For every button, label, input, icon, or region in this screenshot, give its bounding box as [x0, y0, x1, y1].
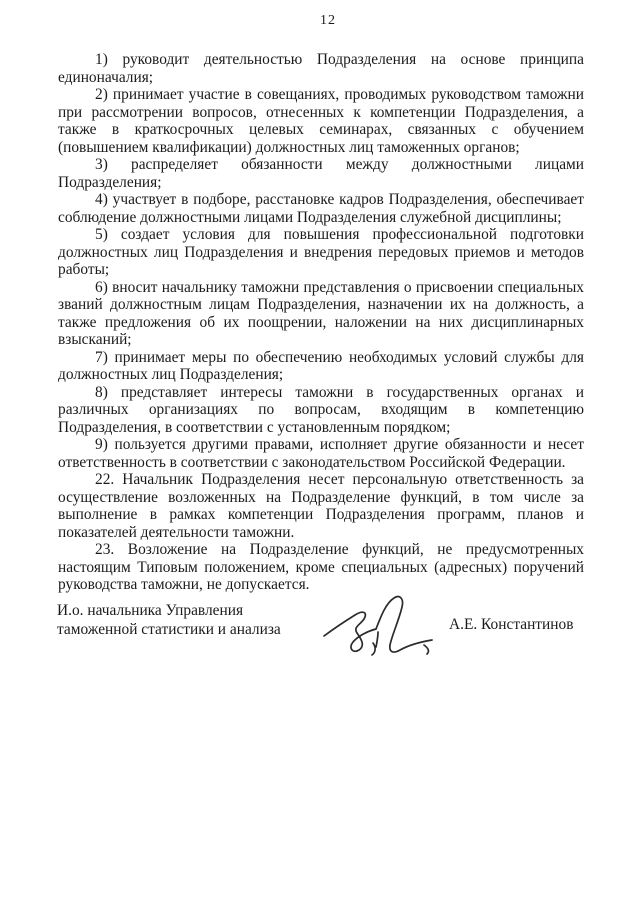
body-paragraph-23: 23. Возложение на Подразделение функций,… [58, 541, 584, 594]
body-paragraph-9: 9) пользуется другими правами, исполняет… [58, 436, 584, 471]
page-number: 12 [288, 13, 368, 29]
body-paragraph-3: 3) распределяет обязанности между должно… [58, 156, 584, 191]
body-paragraph-2: 2) принимает участие в совещаниях, прово… [58, 86, 584, 156]
signer-title: И.о. начальника Управления таможенной ст… [57, 601, 281, 639]
handwritten-signature-icon [320, 592, 442, 666]
signer-name: А.Е. Константинов [449, 616, 573, 634]
body-paragraph-1: 1) руководит деятельностью Подразделения… [58, 51, 584, 86]
body-paragraph-5: 5) создает условия для повышения професс… [58, 226, 584, 279]
body-paragraph-8: 8) представляет интересы таможни в госуд… [58, 384, 584, 437]
signer-title-line-1: И.о. начальника Управления [57, 601, 281, 620]
signer-title-line-2: таможенной статистики и анализа [57, 620, 281, 639]
body-paragraph-7: 7) принимает меры по обеспечению необход… [58, 349, 584, 384]
document-body: 1) руководит деятельностью Подразделения… [58, 51, 584, 594]
body-paragraph-6: 6) вносит начальнику таможни представлен… [58, 279, 584, 349]
document-page: 12 1) руководит деятельностью Подразделе… [0, 0, 640, 900]
body-paragraph-22: 22. Начальник Подразделения несет персон… [58, 471, 584, 541]
body-paragraph-4: 4) участвует в подборе, расстановке кадр… [58, 191, 584, 226]
